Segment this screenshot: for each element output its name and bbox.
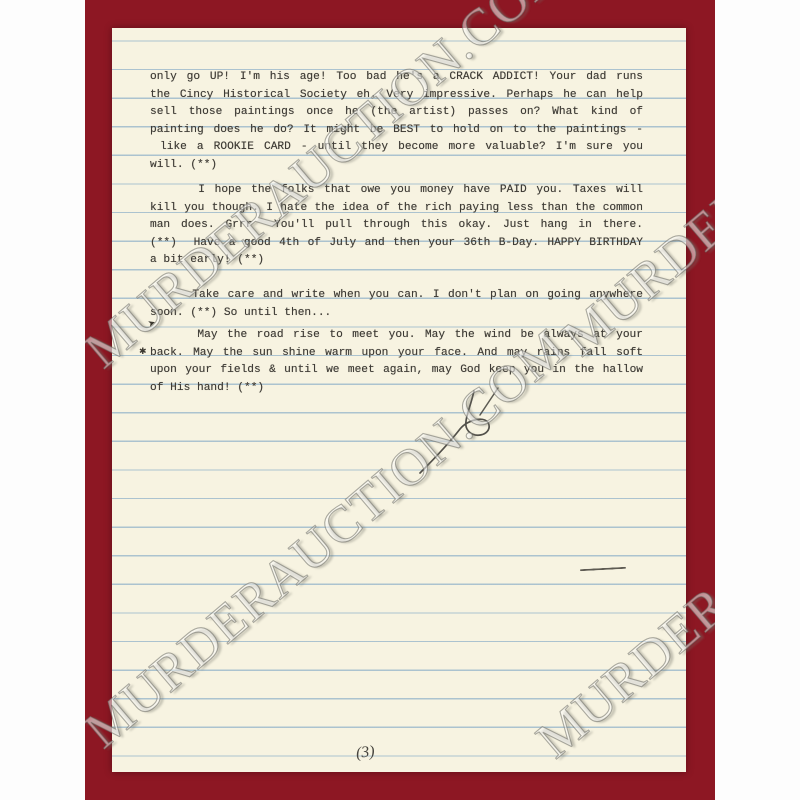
typed-line: soon. (**) So until then... [150,305,643,323]
typed-line: man does. Grrr You'll pull through this … [150,217,643,235]
typed-line: sell those paintings once he (the artist… [150,104,643,122]
typed-line: back. May the sun shine warm upon your f… [150,345,643,363]
typed-line: of His hand! (**) [150,380,643,398]
pen-star-mark: ✱ [139,346,147,357]
typed-line: Take care and write when you can. I don'… [150,287,643,305]
pen-squiggle-mark [412,385,527,480]
typed-line: painting does he do? It might be BEST to… [150,122,643,140]
typed-line: like a ROOKIE CARD - until they become m… [150,139,643,157]
typed-line: the Cincy Historical Society eh. Very im… [150,87,643,105]
typed-line: I hope the folks that owe you money have… [150,182,643,200]
handwritten-page-number: (3) [355,743,375,763]
paragraph-3: Take care and write when you can. I don'… [150,287,643,322]
paragraph-4: May the road rise to meet you. May the w… [150,327,643,397]
typed-line: kill you though. I hate the idea of the … [150,200,643,218]
typed-line: May the road rise to meet you. May the w… [150,327,643,345]
typed-line: (**) Have a good 4th of July and then yo… [150,235,643,253]
auction-photo: only go UP! I'm his age! Too bad he's a … [0,0,800,800]
typed-line: upon your fields & until we meet again, … [150,362,643,380]
letter-page: only go UP! I'm his age! Too bad he's a … [112,28,686,772]
paragraph-1: only go UP! I'm his age! Too bad he's a … [150,69,643,175]
paragraph-2: I hope the folks that owe you money have… [150,182,643,270]
typed-line: a bit early! (**) [150,252,643,270]
maroon-mat: only go UP! I'm his age! Too bad he's a … [85,0,715,800]
typed-line: only go UP! I'm his age! Too bad he's a … [150,69,643,87]
typed-line: will. (**) [150,157,643,175]
